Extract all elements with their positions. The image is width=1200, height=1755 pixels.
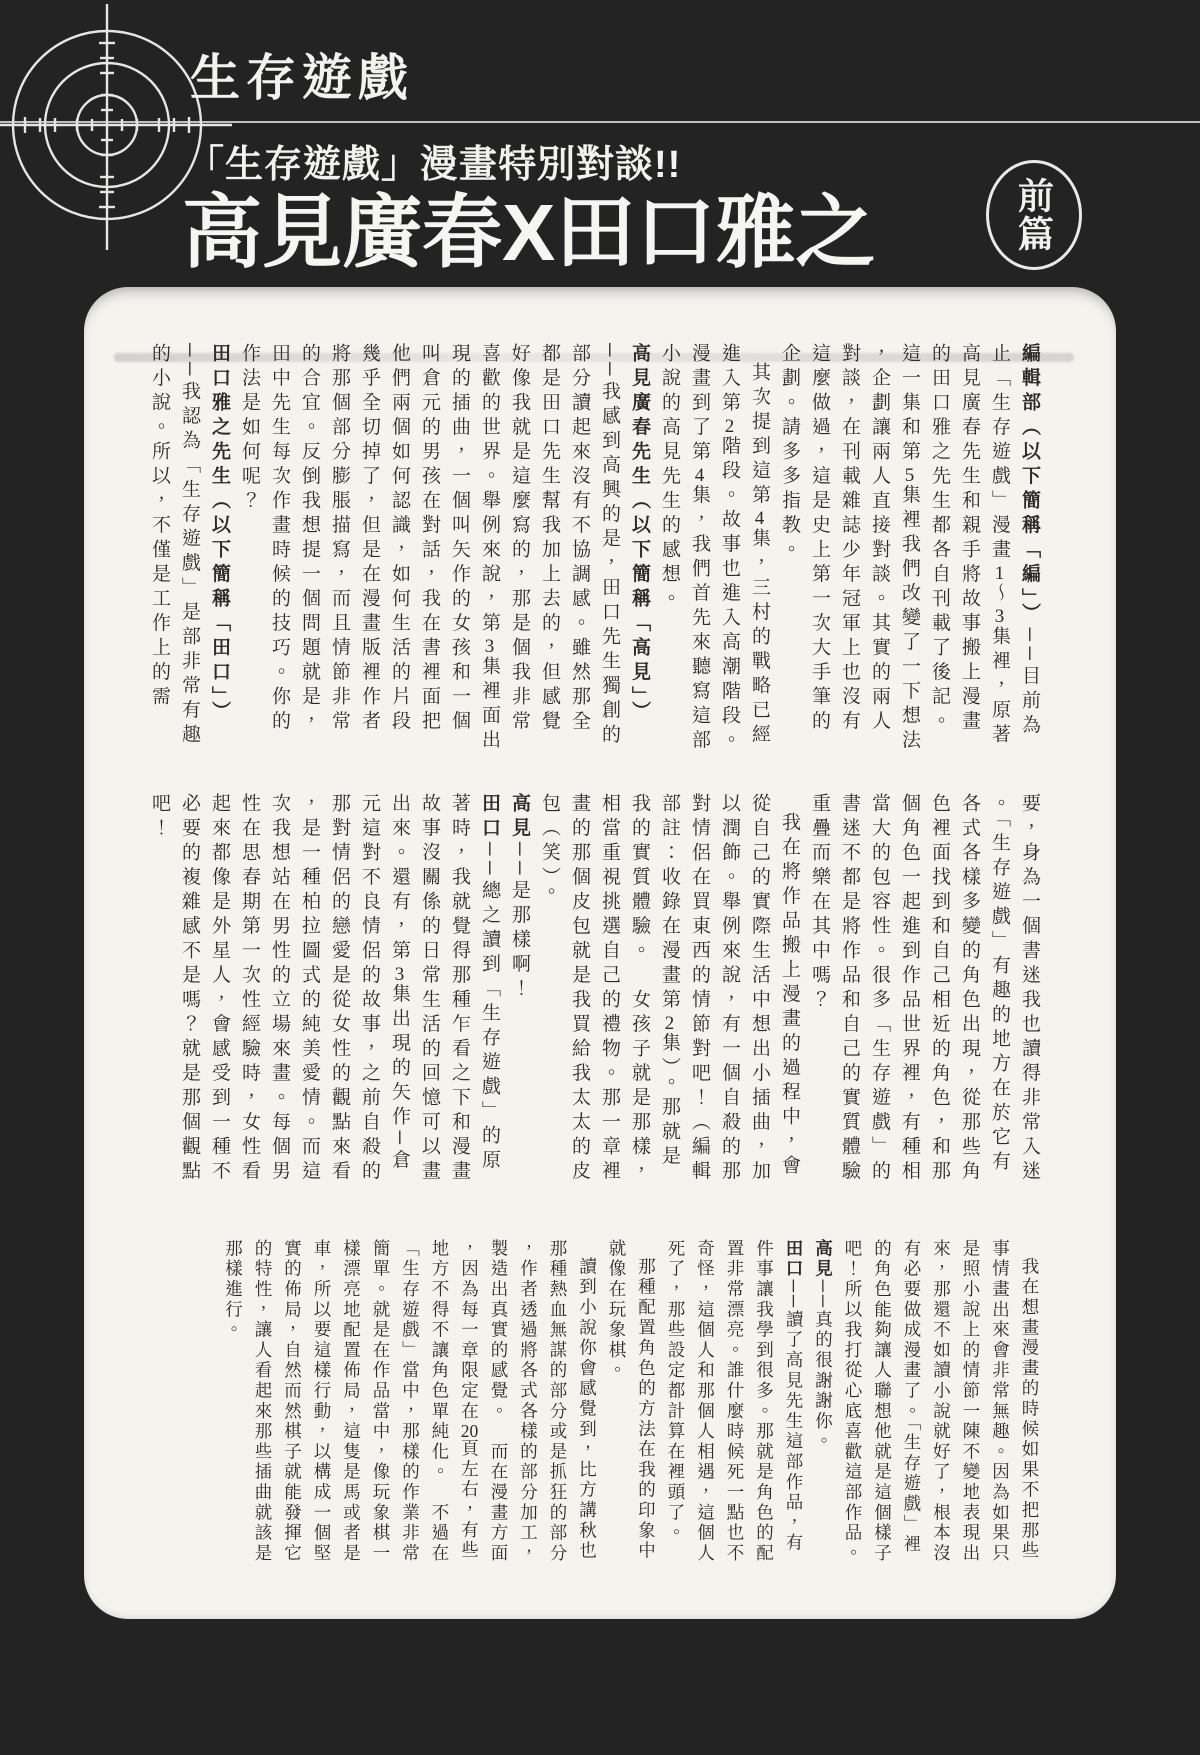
- paragraph-taguchi-reading: 田口──總之讀到「生存遊戲」的原著時，我就覺得那種乍看之下和漫畫故事沒關係的日常…: [144, 793, 504, 1191]
- main-title-authors: 高見廣春X田口雅之: [182, 168, 875, 283]
- interview-section-1: 編輯部（以下簡稱「編」）──目前為止「生存遊戲」漫畫1～3集裡，原著高見廣春先生…: [144, 343, 1044, 755]
- speaker-label-taguchi: 田口: [784, 1239, 804, 1280]
- magazine-page: { "colors": { "page_background": "#23232…: [0, 0, 1200, 1755]
- part-badge-label: 前篇: [1009, 177, 1060, 253]
- paragraph-editor-question: 其次提到這第4集，三村的戰略已經進入第2階段。故事也進入高潮階段。漫畫到了第4集…: [654, 343, 774, 755]
- interview-panel: 編輯部（以下簡稱「編」）──目前為止「生存遊戲」漫畫1～3集裡，原著高見廣春先生…: [84, 287, 1116, 1619]
- interview-section-2: 要，身為一個書迷我也讀得非常入迷。「生存遊戲」有趣的地方在於它有各式各樣多變的角…: [144, 793, 1044, 1191]
- paragraph-takami-thanks: 高見──真的很謝謝你。: [808, 1239, 838, 1565]
- part-badge-circle: 前篇: [986, 160, 1082, 270]
- speaker-label-takami: 高見: [509, 793, 530, 842]
- paragraph-novel-feel: 讀到小說你會感覺到，比方講秋也那種熱血無謀的部分或是抓狂的部分，作者透過將各式各…: [218, 1239, 602, 1565]
- paragraph-taguchi-learned: 田口──讀了高見先生這部作品，有件事讓我學到很多。那就是角色的配置非常漂亮。誰什…: [661, 1239, 809, 1565]
- speaker-label-taguchi-full: 田口雅之先生（以下簡稱「田口」）: [204, 343, 234, 755]
- paragraph-taguchi-continued: 要，身為一個書迷我也讀得非常入迷。「生存遊戲」有趣的地方在於它有各式各樣多變的角…: [804, 793, 1044, 1191]
- paragraph-editor-intro: 編輯部（以下簡稱「編」）──目前為止「生存遊戲」漫畫1～3集裡，原著高見廣春先生…: [774, 343, 1044, 755]
- paragraph-chess-impression: 那種配置角色的方法在我的印象中就像在玩象棋。: [602, 1239, 661, 1565]
- header-divider-line: [0, 121, 1200, 123]
- paragraph-taguchi-episode: 我在將作品搬上漫畫的過程中，會從自己的實際生活中想出小插曲，加以潤飾。舉例來說，…: [534, 793, 804, 1191]
- speaker-label-taguchi: 田口: [479, 793, 500, 842]
- speaker-label-takami: 高見: [814, 1239, 834, 1280]
- paragraph-taguchi-answer: ──我認為「生存遊戲」是部非常有趣的小說。所以，不僅是工作上的需: [144, 343, 204, 755]
- speaker-label-takami-full: 高見廣春先生（以下簡稱「高見」）: [624, 343, 654, 755]
- series-title: 生存遊戲: [190, 38, 414, 110]
- interview-section-3: 我在想畫漫畫的時候如果不把那些事情畫出來會非常無趣。因為如果只是照小說上的情節一…: [218, 1239, 1044, 1565]
- paragraph-drawing-thoughts: 我在想畫漫畫的時候如果不把那些事情畫出來會非常無趣。因為如果只是照小說上的情節一…: [838, 1239, 1045, 1565]
- speaker-label-editor: 編輯部（以下簡稱「編」）: [1019, 343, 1040, 628]
- paragraph-takami-answer: ──我感到高興的是，田口先生獨創的部分讀起來沒有不協調感。雖然那全都是田口先生幫…: [234, 343, 624, 755]
- paragraph-takami-reply: 高見──是那樣啊！: [504, 793, 534, 1191]
